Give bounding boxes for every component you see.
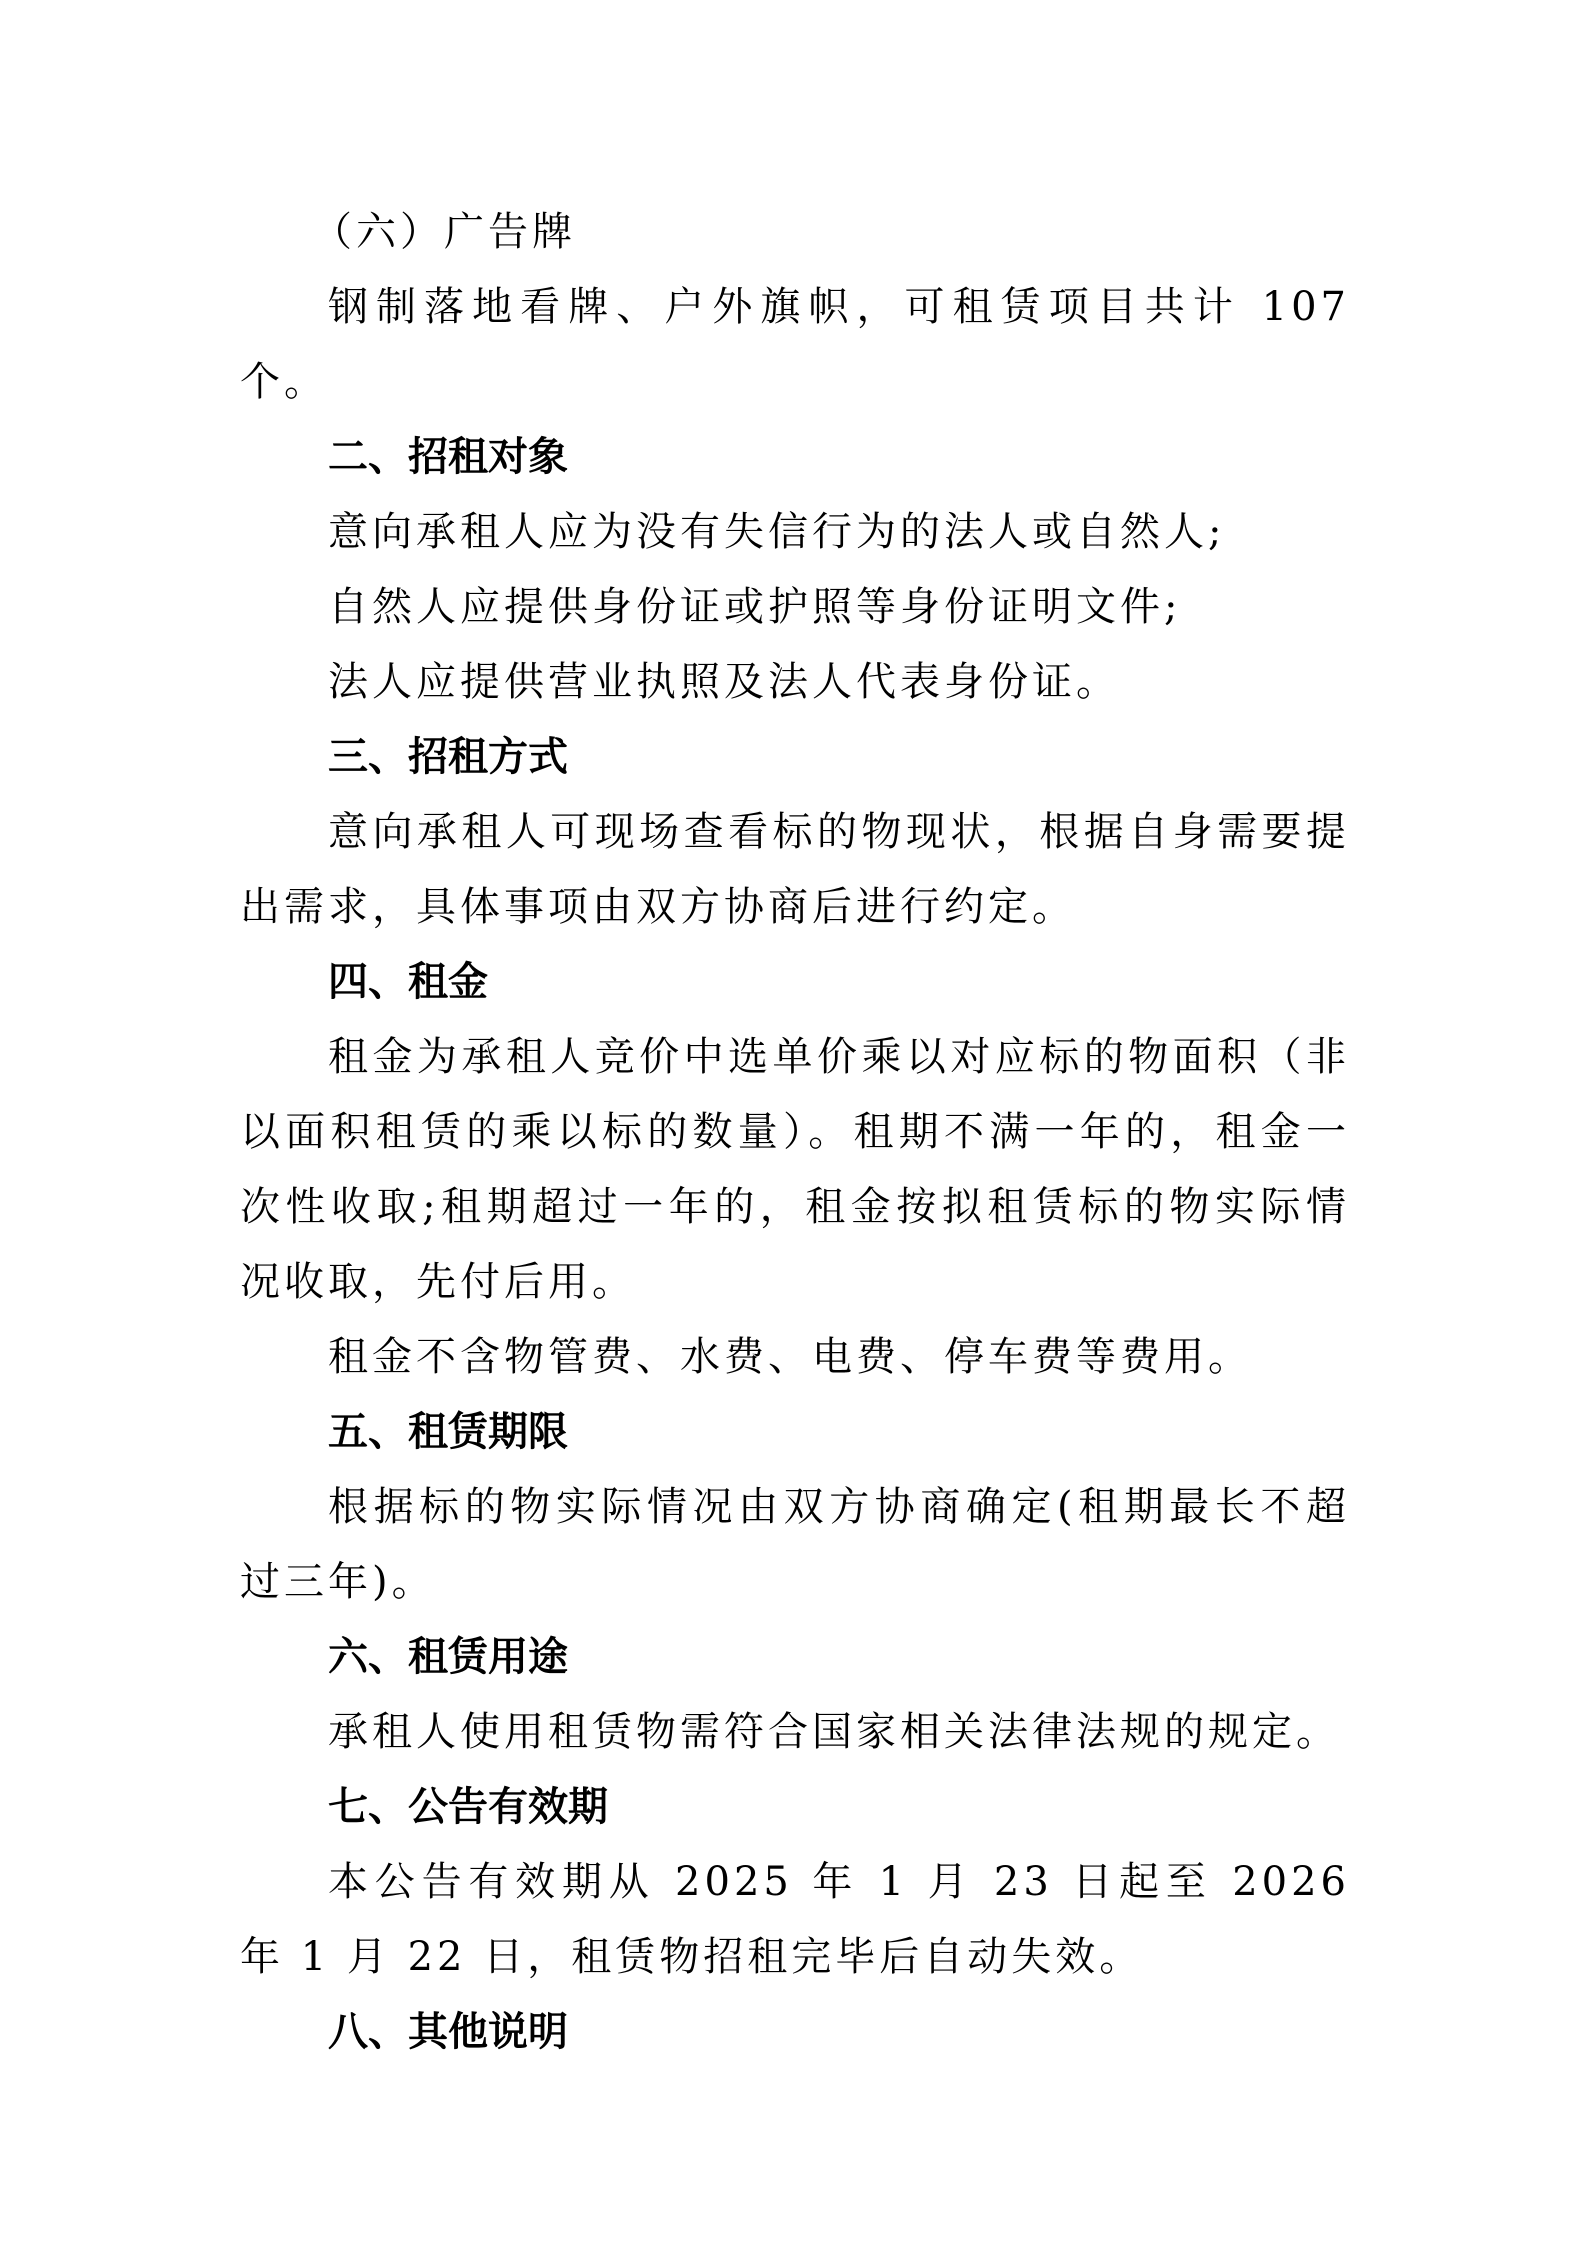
paragraph-lease-purpose: 承租人使用租赁物需符合国家相关法律法规的规定。 <box>240 1695 1350 1770</box>
section-title-other-notes: 八、其他说明 <box>240 1995 1350 2070</box>
section-title-validity-period: 七、公告有效期 <box>240 1770 1350 1845</box>
paragraph-rent-2: 租金不含物管费、水费、电费、停车费等费用。 <box>240 1320 1350 1395</box>
paragraph-lease-term: 根据标的物实际情况由双方协商确定(租期最长不超过三年)。 <box>240 1470 1350 1620</box>
paragraph-rental-target-1: 意向承租人应为没有失信行为的法人或自然人; <box>240 495 1350 570</box>
paragraph-validity-period: 本公告有效期从 2025 年 1 月 23 日起至 2026 年 1 月 22 … <box>240 1845 1350 1995</box>
section-title-lease-purpose: 六、租赁用途 <box>240 1620 1350 1695</box>
paragraph-rental-target-2: 自然人应提供身份证或护照等身份证明文件; <box>240 570 1350 645</box>
document-page: （六）广告牌 钢制落地看牌、户外旗帜，可租赁项目共计 107 个。 二、招租对象… <box>240 195 1350 2070</box>
section-title-rent: 四、租金 <box>240 945 1350 1020</box>
paragraph-billboards: 钢制落地看牌、户外旗帜，可租赁项目共计 107 个。 <box>240 270 1350 420</box>
section-title-lease-term: 五、租赁期限 <box>240 1395 1350 1470</box>
paragraph-rental-method: 意向承租人可现场查看标的物现状，根据自身需要提出需求，具体事项由双方协商后进行约… <box>240 795 1350 945</box>
section-title-rental-method: 三、招租方式 <box>240 720 1350 795</box>
paragraph-rental-target-3: 法人应提供营业执照及法人代表身份证。 <box>240 645 1350 720</box>
subsection-title-billboards: （六）广告牌 <box>240 195 1350 270</box>
paragraph-rent-1: 租金为承租人竞价中选单价乘以对应标的物面积（非以面积租赁的乘以标的数量）。租期不… <box>240 1020 1350 1320</box>
section-title-rental-target: 二、招租对象 <box>240 420 1350 495</box>
